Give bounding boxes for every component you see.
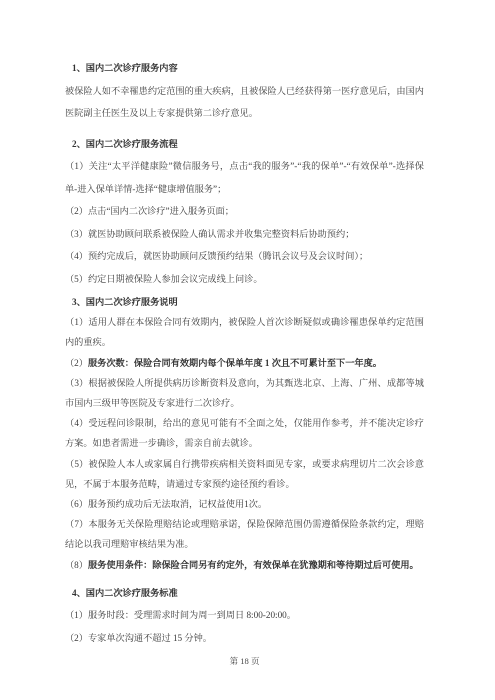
section-heading-4: 4、国内二次诊疗服务标准 bbox=[65, 582, 424, 605]
section-heading-1: 1、国内二次诊疗服务内容 bbox=[65, 57, 424, 80]
emphasized-text: 服务使用条件：除保险合同另有约定外，有效保单在犹豫期和等待期过后可使用。 bbox=[88, 560, 419, 570]
section-service-content: 1、国内二次诊疗服务内容 被保险人如不幸罹患约定范围的重大疾病，且被保险人已经获… bbox=[65, 57, 424, 125]
paragraph: （1）服务时段：受理需求时间为周一到周日 8:00-20:00。 bbox=[65, 604, 424, 627]
paragraph: （7）本服务无关保险理赔结论或理赔承诺，保险保障范围仍需遵循保险条款约定，理赔结… bbox=[65, 514, 424, 554]
emphasized-text: 服务次数：保险合同有效期内每个保单年度 1 次且不可累计至下一年度。 bbox=[88, 358, 382, 368]
paragraph: （8）服务使用条件：除保险合同另有约定外，有效保单在犹豫期和等待期过后可使用。 bbox=[65, 555, 424, 575]
section-service-notes: 3、国内二次诊疗服务说明 （1）适用人群在本保险合同有效期内，被保险人首次诊断疑… bbox=[65, 292, 424, 575]
page-number: 第 18 页 bbox=[65, 651, 424, 671]
paragraph: （6）服务预约成功后无法取消，记权益使用1次。 bbox=[65, 494, 424, 514]
paragraph: （1）适用人群在本保险合同有效期内，被保险人首次诊断疑似或确诊罹患保单约定范围内… bbox=[65, 312, 424, 352]
section-heading-3: 3、国内二次诊疗服务说明 bbox=[65, 292, 424, 312]
item-number: （8） bbox=[65, 560, 88, 570]
section-heading-2: 2、国内二次诊疗服务流程 bbox=[65, 133, 424, 156]
paragraph: （4）受远程问诊限制，给出的意见可能有不全面之处，仅能用作参考，并不能决定诊疗方… bbox=[65, 413, 424, 453]
item-number: （2） bbox=[65, 358, 88, 368]
paragraph: （2）服务次数：保险合同有效期内每个保单年度 1 次且不可累计至下一年度。 bbox=[65, 353, 424, 373]
document-page: 1、国内二次诊疗服务内容 被保险人如不幸罹患约定范围的重大疾病，且被保险人已经获… bbox=[0, 0, 495, 700]
paragraph: （5）约定日期被保险人参加会议完成线上问诊。 bbox=[65, 268, 424, 291]
paragraph: （1）关注“太平洋健康险”微信服务号，点击“我的服务”-“我的保单”-“有效保单… bbox=[65, 155, 424, 200]
paragraph: （4）预约完成后，就医协助顾问反馈预约结果（腾讯会议号及会议时间）； bbox=[65, 245, 424, 268]
paragraph: 被保险人如不幸罹患约定范围的重大疾病，且被保险人已经获得第一医疗意见后，由国内医… bbox=[65, 80, 424, 125]
section-service-standard: 4、国内二次诊疗服务标准 （1）服务时段：受理需求时间为周一到周日 8:00-2… bbox=[65, 582, 424, 650]
paragraph: （3）就医协助顾问联系被保险人确认需求并收集完整资料后协助预约； bbox=[65, 223, 424, 246]
paragraph: （2）专家单次沟通不超过 15 分钟。 bbox=[65, 627, 424, 650]
section-service-process: 2、国内二次诊疗服务流程 （1）关注“太平洋健康险”微信服务号，点击“我的服务”… bbox=[65, 133, 424, 291]
paragraph: （2）点击“国内二次诊疗”进入服务页面； bbox=[65, 200, 424, 223]
paragraph: （3）根据被保险人所提供病历诊断资料及意向，为其甄选北京、上海、广州、成都等城市… bbox=[65, 373, 424, 413]
paragraph: （5）被保险人本人或家属自行携带疾病相关资料面见专家，或要求病理切片二次会诊意见… bbox=[65, 454, 424, 494]
